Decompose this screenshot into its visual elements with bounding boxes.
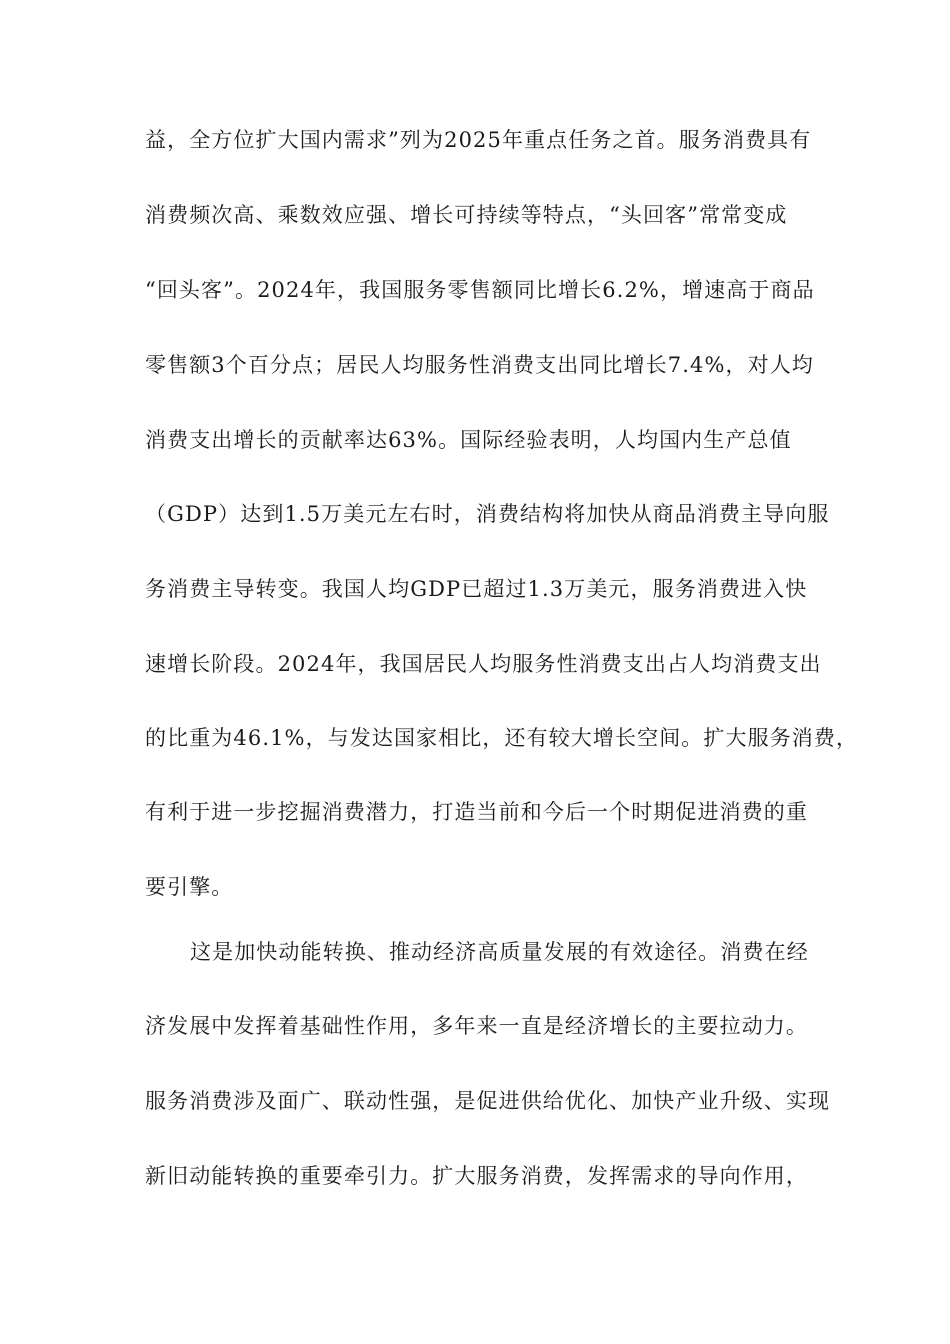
- paragraph-line: 益，全方位扩大国内需求”列为2025年重点任务之首。服务消费具有: [145, 126, 815, 154]
- paragraph-line: 新旧动能转换的重要牵引力。扩大服务消费，发挥需求的导向作用，: [145, 1162, 815, 1190]
- paragraph-line: 务消费主导转变。我国人均GDP已超过1.3万美元，服务消费进入快: [145, 575, 815, 603]
- paragraph-line: 济发展中发挥着基础性作用，多年来一直是经济增长的主要拉动力。: [145, 1012, 815, 1040]
- paragraph-line: 消费支出增长的贡献率达63%。国际经验表明，人均国内生产总值: [145, 426, 815, 454]
- paragraph-line: “回头客”。2024年，我国服务零售额同比增长6.2%，增速高于商品: [145, 276, 815, 304]
- paragraph-line: 服务消费涉及面广、联动性强，是促进供给优化、加快产业升级、实现: [145, 1087, 815, 1115]
- paragraph-line: （GDP）达到1.5万美元左右时，消费结构将加快从商品消费主导向服: [145, 500, 815, 528]
- document-page: 益，全方位扩大国内需求”列为2025年重点任务之首。服务消费具有 消费频次高、乘…: [0, 0, 950, 1344]
- paragraph-first-line: 这是加快动能转换、推动经济高质量发展的有效途径。消费在经: [190, 938, 860, 966]
- paragraph-line: 的比重为46.1%，与发达国家相比，还有较大增长空间。扩大服务消费，: [145, 724, 815, 752]
- paragraph-line: 速增长阶段。2024年，我国居民人均服务性消费支出占人均消费支出: [145, 650, 815, 678]
- paragraph-line: 消费频次高、乘数效应强、增长可持续等特点，“头回客”常常变成: [145, 201, 815, 229]
- paragraph-line: 要引擎。: [145, 873, 815, 901]
- paragraph-line: 有利于进一步挖掘消费潜力，打造当前和今后一个时期促进消费的重: [145, 798, 815, 826]
- paragraph-line: 零售额3个百分点；居民人均服务性消费支出同比增长7.4%，对人均: [145, 351, 815, 379]
